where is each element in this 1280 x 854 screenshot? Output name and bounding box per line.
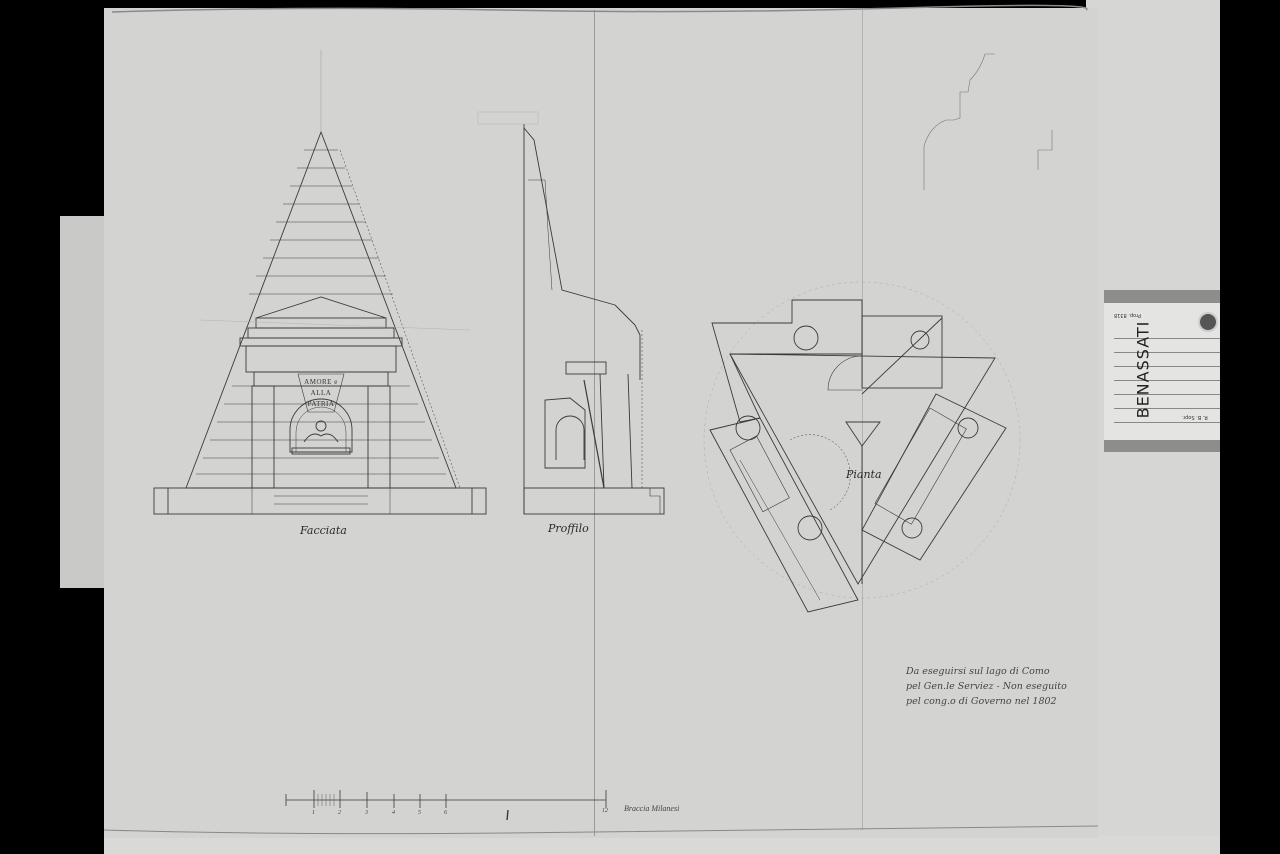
handwritten-note: Da eseguirsi sul lago di Como pel Gen.le…	[906, 664, 1067, 709]
tag-author-name: BENASSATI	[1133, 321, 1152, 419]
scale-tick-5: 5	[418, 810, 421, 816]
inscription-line-1: AMORE e	[296, 377, 346, 388]
tag-rule	[1114, 366, 1220, 367]
tag-reference: Prop. 8318	[1114, 312, 1141, 318]
plan-caption: Pianta	[846, 468, 882, 481]
scale-unit-label: Braccia Milanesi	[624, 804, 679, 813]
elevation-caption: Facciata	[300, 524, 347, 537]
scale-tick-12: 12	[602, 808, 608, 814]
tag-rule	[1114, 422, 1220, 423]
section-caption: Proffilo	[548, 522, 589, 535]
tag-rule	[1114, 408, 1220, 409]
tag-rule	[1114, 352, 1220, 353]
note-line-1: Da eseguirsi sul lago di Como	[906, 664, 1067, 679]
tag-rule	[1114, 338, 1220, 339]
note-line-2: pel Gen.le Serviez - Non eseguito	[906, 679, 1067, 694]
inscription-line-2: ALLA	[296, 388, 346, 399]
inscription-line-3: PATRIA	[296, 399, 346, 410]
scale-tick-4: 4	[392, 810, 395, 816]
torn-paper-edge	[112, 5, 1087, 12]
monument-inscription: AMORE e ALLA PATRIA	[296, 377, 346, 410]
tag-band-top	[1104, 290, 1220, 303]
scale-tick-6: 6	[444, 810, 447, 816]
tag-rule	[1114, 380, 1220, 381]
tag-office-label: R. B. Sopr.	[1182, 414, 1208, 420]
tag-rule	[1114, 394, 1220, 395]
section-view	[478, 112, 664, 514]
scale-tick-2: 2	[338, 810, 341, 816]
elevation-view	[154, 50, 486, 514]
plan-view	[704, 282, 1020, 612]
paper-bottom-edge	[104, 826, 1098, 834]
tag-eyelet	[1198, 312, 1218, 332]
note-line-3: pel cong.o di Governo nel 1802	[906, 694, 1067, 709]
scale-tick-3: 3	[365, 810, 368, 816]
molding-detail	[924, 54, 1052, 190]
tag-band-bottom	[1104, 440, 1220, 452]
archive-tag: Prop. 8318 BENASSATI R. B. Sopr.	[1104, 290, 1220, 452]
scale-tick-1: 1	[312, 810, 315, 816]
architectural-drawing	[0, 0, 1280, 854]
